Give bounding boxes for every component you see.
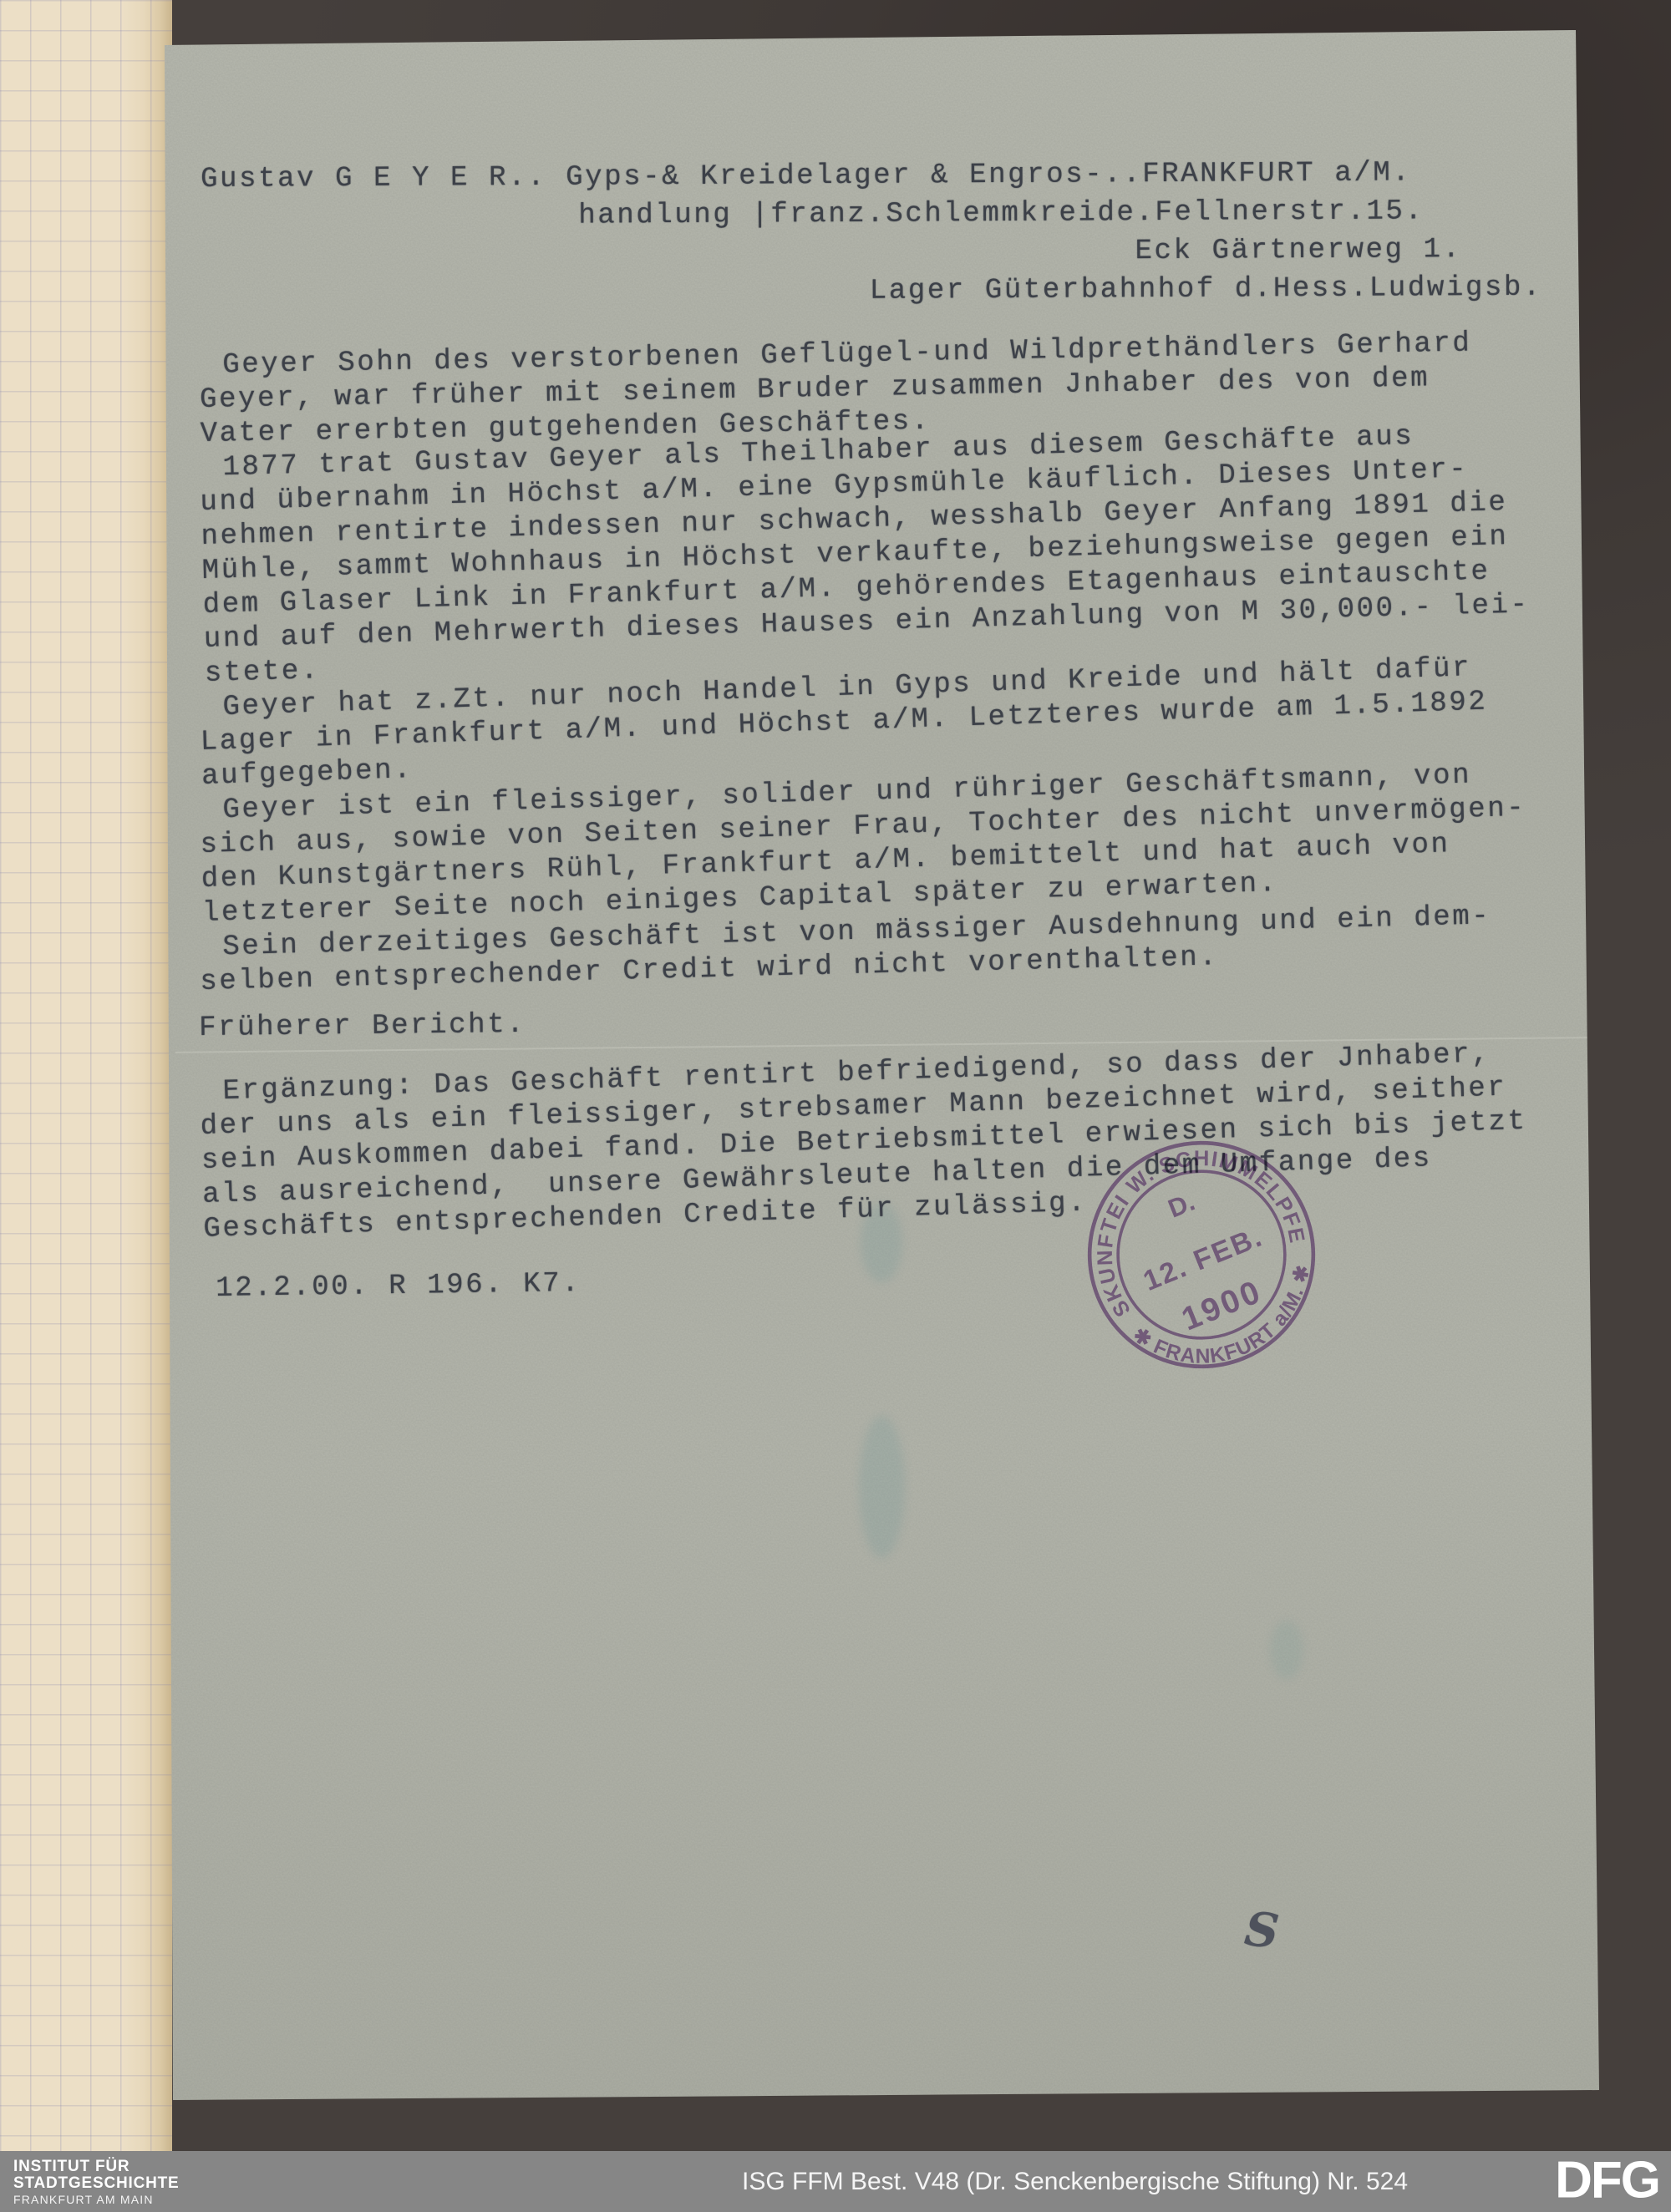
stamp-center-line1: D. — [1164, 1187, 1199, 1224]
typewritten-text: Gustav G E Y E R.. Gyps-& Kreidelager & … — [0, 0, 1671, 2212]
archive-scan: Gustav G E Y E R.. Gyps-& Kreidelager & … — [0, 0, 1671, 2212]
letterhead-line: handlung |franz.Schlemmkreide.Fellnerstr… — [578, 195, 1424, 231]
stamp-center-line3: 1900 — [1177, 1273, 1267, 1337]
footer-bar: INSTITUT FÜR STADTGESCHICHTE FRANKFURT A… — [0, 2151, 1671, 2212]
isg-logo-line2: STADTGESCHICHTE — [13, 2175, 179, 2192]
letterhead-line: Lager Güterbahnhof d.Hess.Ludwigsb. — [870, 272, 1542, 307]
handwritten-s: S — [1242, 1901, 1282, 1960]
reference-line: 12.2.00. R 196. K7. — [216, 1268, 582, 1305]
isg-logo-line1: INSTITUT FÜR — [13, 2159, 179, 2175]
isg-logo-line3: FRANKFURT AM MAIN — [13, 2192, 179, 2207]
paragraph-2: 1877 trat Gustav Geyer als Theilhaber au… — [199, 417, 1531, 691]
letterhead-line: Eck Gärtnerweg 1. — [1135, 234, 1461, 267]
section-heading: Früherer Bericht. — [199, 1009, 526, 1044]
dfg-logo: DFG — [1555, 2151, 1659, 2210]
letterhead-line: Gustav G E Y E R.. Gyps-& Kreidelager & … — [201, 157, 1411, 195]
archive-caption: ISG FFM Best. V48 (Dr. Senckenbergische … — [742, 2168, 1408, 2196]
isg-logo: INSTITUT FÜR STADTGESCHICHTE FRANKFURT A… — [13, 2159, 179, 2207]
